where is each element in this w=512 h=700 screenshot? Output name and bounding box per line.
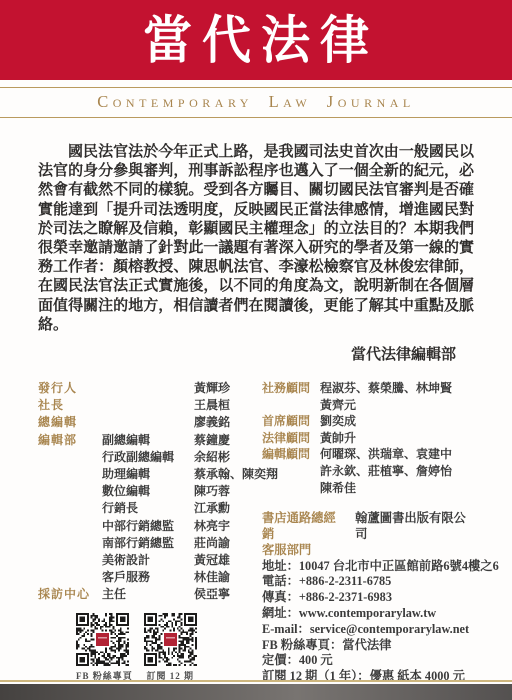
staff-name: 蔡鐘慶: [194, 432, 262, 449]
english-title: Contemporary Law Journal: [97, 92, 414, 111]
staff-name: 林亮宇: [194, 518, 262, 535]
customer-service-label: 客服部門: [262, 543, 464, 559]
staff-row: 助理編輯蔡承翰、陳奕翔: [38, 466, 262, 483]
masthead-red-band: 當代法律: [0, 0, 512, 80]
footer-dark-bar: [0, 684, 512, 700]
staff-subrole: 數位編輯: [102, 483, 194, 500]
website-line: 網址：www.contemporarylaw.tw: [262, 606, 474, 622]
staff-row: 南部行銷總監莊尚諭: [38, 535, 262, 552]
distribution-block: 書店通路總經銷 翰蘆圖書出版有限公司 客服部門 地址：10047 台北市中正區館…: [262, 511, 474, 700]
qr-block-subscribe: 訂閱 12 期: [144, 613, 197, 682]
distribution-channel-row: 書店通路總經銷 翰蘆圖書出版有限公司: [262, 511, 474, 543]
advisor-role-label: [262, 397, 320, 414]
facebook-line: FB 粉絲專頁：當代法律: [262, 638, 474, 654]
advisor-role-label: 首席顧問: [262, 413, 320, 430]
advisor-row: 首席顧問劉奕成: [262, 413, 474, 430]
staff-role-label: 發行人: [38, 380, 102, 397]
journal-title: 當代法律: [133, 14, 379, 65]
qr-code-section: FB 粉絲專頁 訂閱 12 期: [76, 613, 262, 682]
staff-name: 江承勳: [194, 500, 262, 517]
staff-row: 數位編輯陳巧蓉: [38, 483, 262, 500]
staff-row: 美術設計黃冠雄: [38, 552, 262, 569]
price-line: 定價：400 元: [262, 653, 474, 669]
staff-row: 行政副總編輯余紹彬: [38, 449, 262, 466]
staff-role-label: [38, 466, 102, 483]
staff-name: 莊尚諭: [194, 535, 262, 552]
advisor-role-label: 法律顧問: [262, 430, 320, 447]
staff-subrole: [102, 414, 194, 431]
staff-name: 王晨桓: [194, 397, 262, 414]
staff-subrole: 美術設計: [102, 552, 194, 569]
advisor-role-label: 社務顧問: [262, 380, 320, 397]
staff-row: 行銷長江承勳: [38, 500, 262, 517]
staff-subrole: [102, 397, 194, 414]
staff-role-label: 社長: [38, 397, 102, 414]
editorial-signature: 當代法律編輯部: [38, 343, 474, 364]
staff-subrole: 副總編輯: [102, 432, 194, 449]
advisor-names: 許永欽、莊植寧、詹婷怡: [320, 463, 474, 480]
staff-subrole: 行政副總編輯: [102, 449, 194, 466]
staff-row: 發行人黃輝珍: [38, 380, 262, 397]
editorial-paragraph: 國民法官法於今年正式上路，是我國司法史首次由一般國民以法官的身分參與審判，刑事訴…: [38, 143, 474, 335]
staff-subrole: 主任: [102, 586, 194, 603]
staff-row: 社長王晨桓: [38, 397, 262, 414]
phone-line: 電話：+886-2-2311-6785: [262, 574, 474, 590]
page-content: 國民法官法於今年正式上路，是我國司法史首次由一般國民以法官的身分參與審判，刑事訴…: [0, 143, 512, 700]
staff-role-label: [38, 500, 102, 517]
advisor-names: 程淑芬、蔡榮騰、林坤賢: [320, 380, 474, 397]
staff-name: 黃輝珍: [194, 380, 262, 397]
staff-name: 林佳諭: [194, 569, 262, 586]
staff-name: 廖義銘: [194, 414, 262, 431]
distribution-company: 翰蘆圖書出版有限公司: [355, 511, 474, 543]
advisor-row: 陳希佳: [262, 480, 474, 497]
staff-name: 黃冠雄: [194, 552, 262, 569]
qr-block-facebook: FB 粉絲專頁: [76, 613, 133, 682]
advisor-role-label: [262, 463, 320, 480]
staff-role-label: 採訪中心: [38, 586, 102, 603]
staff-role-label: 總編輯: [38, 414, 102, 431]
staff-name: 侯亞寧: [194, 586, 262, 603]
staff-role-label: 編輯部: [38, 432, 102, 449]
advisor-names: 劉奕成: [320, 413, 474, 430]
email-line: E-mail：service@contemporarylaw.net: [262, 622, 474, 638]
staff-row: 編輯部副總編輯蔡鐘慶: [38, 432, 262, 449]
staff-row: 客戶服務林佳諭: [38, 569, 262, 586]
distribution-channel-label: 書店通路總經銷: [262, 511, 345, 543]
advisor-row: 社務顧問程淑芬、蔡榮騰、林坤賢: [262, 380, 474, 397]
staff-role-label: [38, 483, 102, 500]
advisor-names: 陳希佳: [320, 480, 474, 497]
address-line: 地址：10047 台北市中正區館前路6號4樓之6: [262, 559, 474, 575]
staff-subrole: 中部行銷總監: [102, 518, 194, 535]
staff-row: 總編輯廖義銘: [38, 414, 262, 431]
staff-subrole: 助理編輯: [102, 466, 194, 483]
english-title-band: Contemporary Law Journal: [0, 87, 512, 118]
advisor-row: 黃齊元: [262, 397, 474, 414]
advisor-names: 何曜琛、洪瑞章、袁建中: [320, 446, 474, 463]
subscription-line: 訂閱 12 期（1 年）：優惠 紙本 4000 元: [262, 669, 474, 685]
staff-role-label: [38, 535, 102, 552]
staff-subrole: 客戶服務: [102, 569, 194, 586]
staff-row: 採訪中心主任侯亞寧: [38, 586, 262, 603]
advisor-names: 黃帥升: [320, 430, 474, 447]
staff-name: 余紹彬: [194, 449, 262, 466]
staff-role-label: [38, 552, 102, 569]
staff-role-label: [38, 569, 102, 586]
staff-row: 中部行銷總監林亮宇: [38, 518, 262, 535]
advisor-role-label: [262, 480, 320, 497]
facebook-qr-code: [76, 613, 129, 666]
staff-subrole: 行銷長: [102, 500, 194, 517]
staff-subrole: 南部行銷總監: [102, 535, 194, 552]
advisor-row: 編輯顧問何曜琛、洪瑞章、袁建中: [262, 446, 474, 463]
subscribe-qr-code: [144, 613, 197, 666]
advisor-names: 黃齊元: [320, 397, 474, 414]
fax-line: 傳真：+886-2-2371-6983: [262, 590, 474, 606]
staff-role-label: [38, 518, 102, 535]
staff-role-label: [38, 449, 102, 466]
masthead-left-column: 發行人黃輝珍 社長王晨桓 總編輯廖義銘 編輯部副總編輯蔡鐘慶 行政副總編輯余紹彬…: [38, 380, 262, 682]
footer-gold-rule: [0, 680, 512, 682]
masthead-right-column: 社務顧問程淑芬、蔡榮騰、林坤賢 黃齊元 首席顧問劉奕成 法律顧問黃帥升 編輯顧問…: [262, 380, 474, 700]
journal-page: 當代法律 Contemporary Law Journal 國民法官法於今年正式…: [0, 0, 512, 700]
advisor-row: 許永欽、莊植寧、詹婷怡: [262, 463, 474, 480]
staff-name: 陳巧蓉: [194, 483, 262, 500]
masthead-columns: 發行人黃輝珍 社長王晨桓 總編輯廖義銘 編輯部副總編輯蔡鐘慶 行政副總編輯余紹彬…: [38, 380, 474, 700]
advisor-row: 法律顧問黃帥升: [262, 430, 474, 447]
staff-subrole: [102, 380, 194, 397]
advisor-role-label: 編輯顧問: [262, 446, 320, 463]
